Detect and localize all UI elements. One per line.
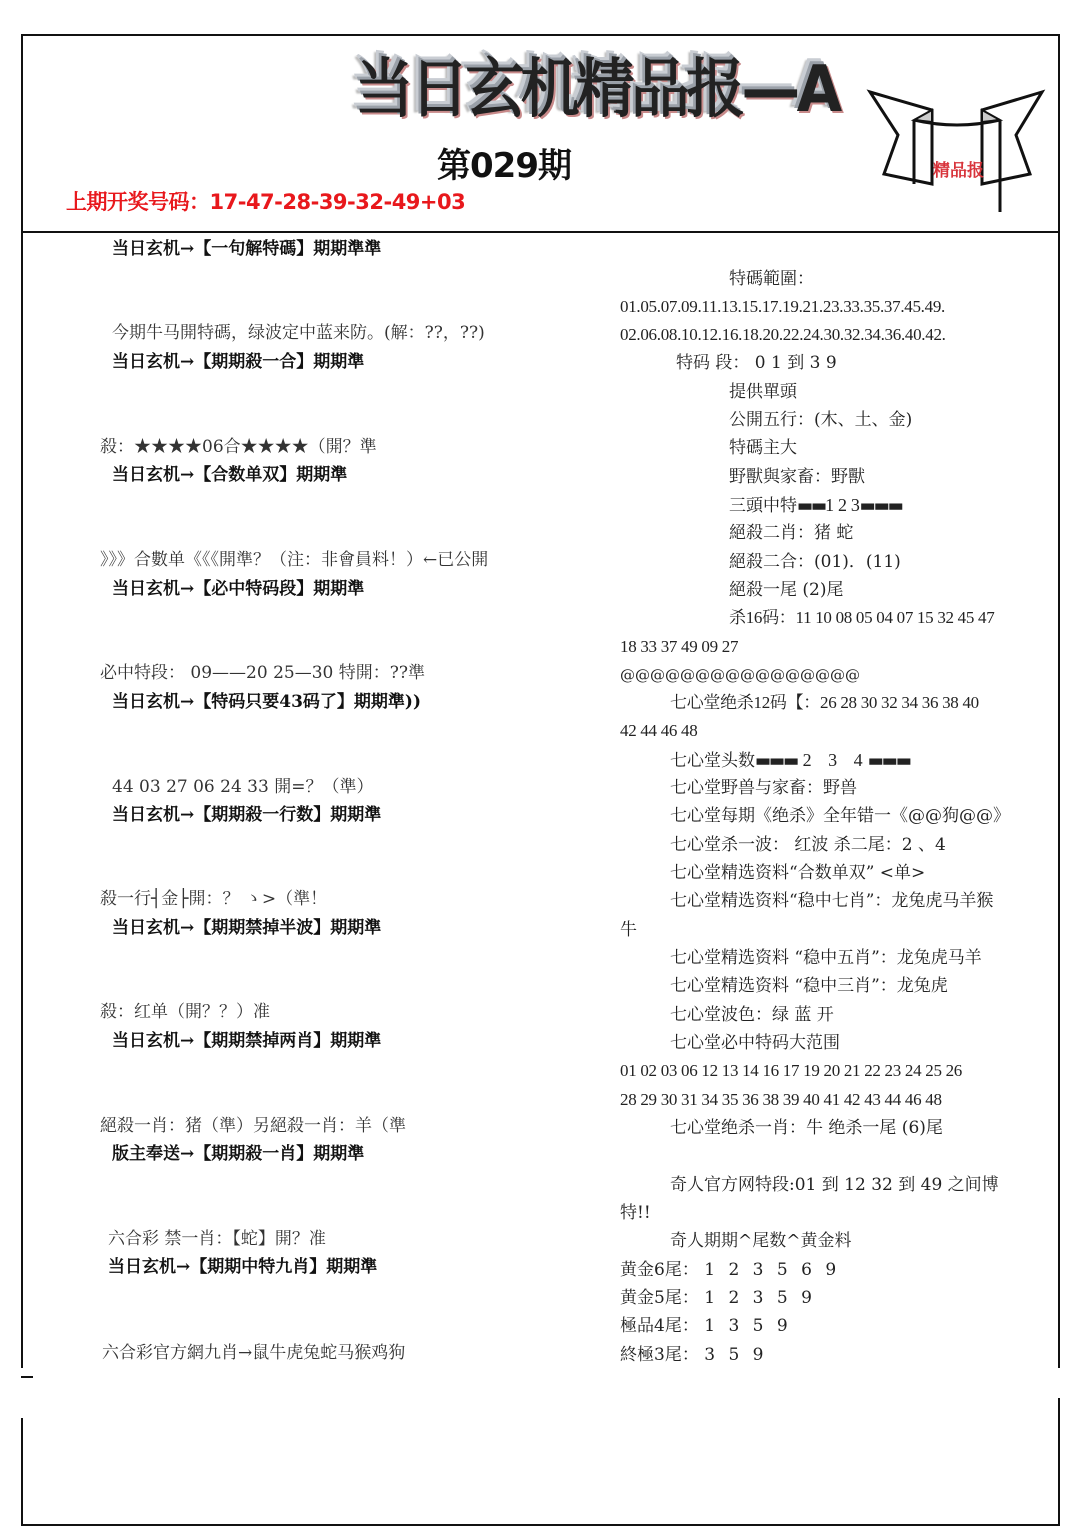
qr-title: 奇人期期^尾数^黄金料 [670, 1230, 852, 1252]
tail-label: 極品4尾： [620, 1316, 699, 1336]
qxt-seven-zodiac: 七心堂精选资料“稳中七肖”：龙兔虎马羊猴 [670, 890, 993, 912]
tail-label: 黄金5尾： [620, 1288, 699, 1308]
tail-values: 1 2 3 5 6 9 [704, 1260, 840, 1280]
bars-icon: ▬▬▬ [860, 496, 902, 516]
at-separator: @@@@@@@@@@@@@@@@ [620, 664, 860, 686]
qxt-three-zodiac: 七心堂精选资料 “稳中三肖”：龙兔虎 [670, 975, 948, 997]
qxt-heads-values: 2 3 4 [803, 750, 863, 770]
section-body: 44 03 27 06 24 33 開=？（準） [112, 776, 373, 798]
section-body: 六合彩 禁一肖：【蛇】開？准 [108, 1228, 326, 1250]
qxt-seven-zodiac-cont: 牛 [620, 919, 637, 941]
kill-two-combo: 絕殺二合：(01)．(11) [729, 551, 901, 573]
qxt-heads: 七心堂头数▬▬▬ 2 3 4 ▬▬▬ [670, 749, 910, 772]
section-body: 》》》合數单《《《開準？（注：非會員料！）←已公開 [100, 549, 488, 571]
bars-icon: ▬▬▬ [868, 751, 910, 771]
section-body: 六合彩官方網九肖→鼠牛虎兔蛇马猴鸡狗 [102, 1342, 405, 1364]
kill-16-numbers: 杀16码：11 10 08 05 04 07 15 32 45 47 [729, 607, 994, 629]
qxt-big-range-cont: 28 29 30 31 34 35 36 38 39 40 41 42 43 4… [620, 1089, 942, 1111]
qxt-heads-label: 七心堂头数 [670, 751, 755, 771]
section-body: 殺：★★★★06合★★★★（開？準 [100, 436, 377, 458]
ribbon-badge-icon [862, 80, 1052, 220]
section-body: 殺一行┤金├開：？ ゝ>（準！ [100, 888, 327, 910]
section-heading: 当日玄机→【合数单双】期期準 [112, 464, 347, 486]
qxt-five-zodiac: 七心堂精选资料 “稳中五肖”：龙兔虎马羊 [670, 947, 982, 969]
section-body: 殺：红单（開？？）准 [100, 1001, 270, 1023]
qxt-big-range: 01 02 03 06 12 13 14 16 17 19 20 21 22 2… [620, 1060, 962, 1082]
section-body: 必中特段： 09——20 25—30 特開：??準 [100, 662, 425, 684]
issue-number: 第029期 [437, 138, 571, 187]
section-heading: 当日玄机→【期期禁掉两肖】期期準 [112, 1030, 381, 1052]
tail-values: 1 3 5 9 [704, 1316, 791, 1336]
bars-icon: ▬▬ [797, 496, 825, 516]
three-heads: 三頭中特▬▬1 2 3▬▬▬ [729, 494, 902, 517]
section-heading: 版主奉送→【期期殺一肖】期期準 [112, 1143, 364, 1165]
three-heads-values: 1 2 3 [825, 495, 860, 515]
bars-icon: ▬▬▬ [755, 751, 797, 771]
range-title: 特碼範圍： [729, 268, 814, 290]
wild-domestic: 野獸與家畜：野獸 [729, 466, 865, 488]
section-heading: 当日玄机→【必中特码段】期期準 [112, 578, 364, 600]
frame-tick [21, 1376, 33, 1378]
qxt-kill12-cont: 42 44 46 48 [620, 720, 697, 742]
single-head: 提供單頭 [729, 381, 797, 403]
section-heading: 当日玄机→【期期殺一合】期期準 [112, 351, 364, 373]
section-body: 絕殺一肖：猪（準）另絕殺一肖：羊（準 [100, 1115, 406, 1137]
main-size: 特碼主大 [729, 437, 797, 459]
tail-label: 黄金6尾： [620, 1260, 699, 1280]
tail-values: 3 5 9 [704, 1345, 767, 1365]
ribbon-label: 精品报 [933, 156, 984, 181]
kill-one-tail: 絕殺一尾 (2)尾 [729, 579, 843, 601]
qxt-kill12: 七心堂绝杀12码【：26 28 30 32 34 36 38 40 [670, 692, 979, 714]
kill-two-zodiac: 絕殺二肖：猪 蛇 [729, 522, 853, 544]
qxt-kill-wave: 七心堂杀一波： 红波 杀二尾：2 、4 [670, 834, 946, 856]
section-body: 今期牛马開特碼，绿波定中蓝来防。(解：??，??) [112, 322, 485, 344]
tail-row: 黄金6尾： 1 2 3 5 6 9 [620, 1259, 840, 1281]
three-heads-label: 三頭中特 [729, 496, 797, 516]
range-line: 02.06.08.10.12.16.18.20.22.24.30.32.34.3… [620, 324, 946, 346]
section-heading: 当日玄机→【期期禁掉半波】期期準 [112, 917, 381, 939]
qxt-kill-zodiac-tail: 七心堂绝杀一肖：牛 绝杀一尾 (6)尾 [670, 1117, 943, 1139]
segment: 特码 段： 0 1 到 3 9 [676, 352, 837, 374]
last-draw-numbers: 上期开奖号码：17-47-28-39-32-49+03 [66, 186, 465, 216]
qr-segment-cont: 特!! [620, 1202, 651, 1224]
header-divider [21, 231, 1060, 233]
tail-row: 極品4尾： 1 3 5 9 [620, 1315, 792, 1337]
section-heading: 当日玄机→【特码只要43码了】期期準)) [112, 691, 421, 713]
five-elements: 公開五行：(木、土、金) [729, 409, 912, 431]
qxt-big-range-title: 七心堂必中特码大范围 [670, 1032, 840, 1054]
qxt-wild: 七心堂野兽与家畜：野兽 [670, 777, 857, 799]
section-heading: 当日玄机→【期期中特九肖】期期準 [108, 1256, 377, 1278]
qr-segment: 奇人官方网特段:01 到 12 32 到 49 之间博 [670, 1174, 999, 1196]
tail-values: 1 2 3 5 9 [704, 1288, 816, 1308]
section-heading: 当日玄机→【一句解特碼】期期準準 [112, 238, 381, 260]
frame-gap-right [1055, 1368, 1065, 1398]
kill-16-numbers-cont: 18 33 37 49 09 27 [620, 636, 738, 658]
tail-label: 終極3尾： [620, 1345, 699, 1365]
qxt-wave-color: 七心堂波色：绿 蓝 开 [670, 1004, 834, 1026]
banner-title: 当日玄机精品报—A [355, 38, 833, 118]
tail-row: 黄金5尾： 1 2 3 5 9 [620, 1287, 816, 1309]
section-heading: 当日玄机→【期期殺一行数】期期準 [112, 804, 381, 826]
qxt-yearly: 七心堂每期《绝杀》全年错一《@@狗@@》 [670, 805, 1010, 827]
tail-row: 終極3尾： 3 5 9 [620, 1344, 768, 1366]
qxt-odd-even: 七心堂精选资料“合数单双” <单> [670, 862, 925, 884]
range-line: 01.05.07.09.11.13.15.17.19.21.23.33.35.3… [620, 296, 945, 318]
